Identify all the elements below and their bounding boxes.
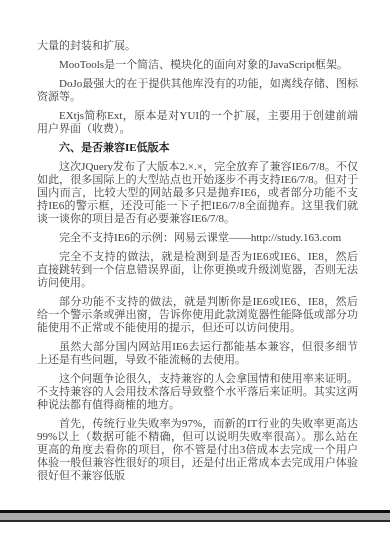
paragraph-continuation: 大量的封装和扩展。 — [37, 40, 358, 53]
section-heading: 六、是否兼容IE低版本 — [37, 142, 358, 155]
paragraph-mootools: MooTools是一个简洁、模块化的面向对象的JavaScript框架。 — [37, 59, 358, 72]
paragraph-ie6-detail-issues: 虽然大部分国内网站用IE6去运行都能基本兼容，但很多细节上还是有些问题，导致不能… — [37, 341, 358, 367]
paragraph-dojo: DoJo最强大的在于提供其他库没有的功能，如离线存储、图标资源等。 — [37, 78, 358, 104]
page-separator — [0, 510, 390, 522]
next-document-page — [0, 522, 390, 546]
paragraph-failure-rate: 首先，传统行业失败率为97%，而新的IT行业的失败率更高达99%以上（数据可能不… — [37, 418, 358, 483]
paragraph-extjs: EXtjs简称Ext，原本是对YUI的一个扩展，主要用于创建前端用户界面（收费）… — [37, 110, 358, 136]
paragraph-jquery-drop-ie: 这次JQuery发布了大版本2.×.×，完全放弃了兼容IE6/7/8。不仅如此，… — [37, 161, 358, 226]
paragraph-partial-unsupport: 部分功能不支持的做法，就是判断你是IE6或IE6、IE8，然后给一个警示条或弹出… — [37, 296, 358, 335]
paragraph-example-link: 完全不支持IE6的示例：网易云课堂——http://study.163.com — [37, 232, 358, 245]
page-gap — [0, 513, 390, 520]
paragraph-debate: 这个问题争论很久，支持兼容的人会拿国情和使用率来证明。不支持兼容的人会用技术落后… — [37, 373, 358, 412]
paragraph-full-unsupport: 完全不支持的做法，就是检测到是否为IE6或IE6、IE8，然后直接跳转到一个信息… — [37, 251, 358, 290]
document-page: 大量的封装和扩展。 MooTools是一个简洁、模块化的面向对象的JavaScr… — [0, 0, 390, 510]
